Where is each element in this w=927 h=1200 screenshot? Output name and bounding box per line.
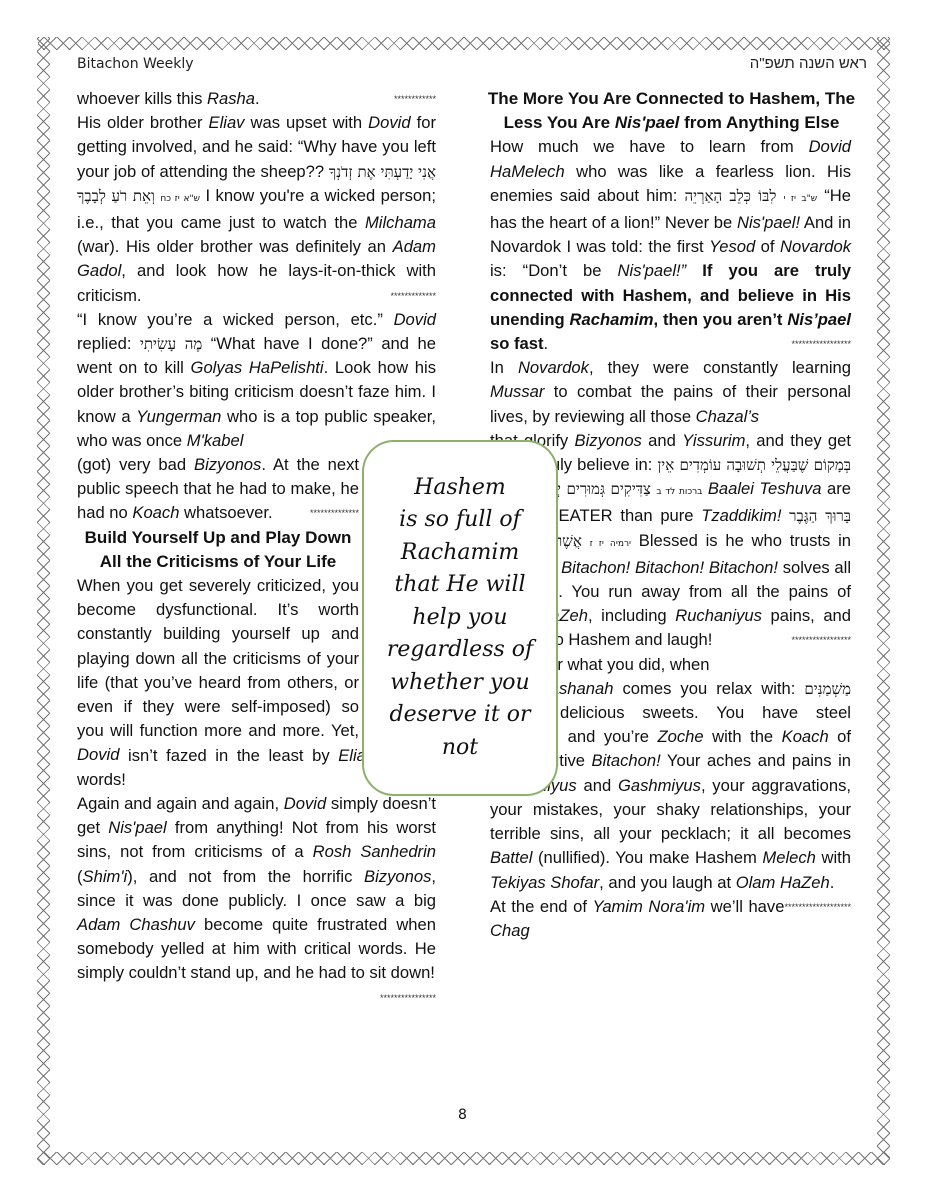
header-hebrew-date: ראש השנה תשפ"ה [750,55,867,72]
paragraph: (got) very bad Bizyonos. At the next pub… [77,453,359,526]
paragraph: When you get severely criticized, you be… [77,574,359,768]
separator-stars: ************* [390,284,436,308]
separator-stars: ***************** [791,332,851,356]
paragraph: In Novardok, they were constantly learni… [490,356,851,429]
hebrew-source: ברכות לד ב [656,487,702,497]
page-number: 8 [458,1107,467,1123]
hebrew-source: ש"א יז כח [160,194,200,204]
hebrew-source: ירמיה יז ז [590,539,631,549]
header-publication-title: Bitachon Weekly [77,56,194,72]
hebrew-source: ש"ב יז י [783,194,817,204]
separator-stars: **************** [380,986,436,1010]
hebrew-quote: לִבּוֹ כְּלֵב הָאַרְיֵה [685,187,777,205]
paragraph: Again and again and again, Dovid simply … [77,792,436,986]
separator-stars: ******************* [784,895,851,919]
section-heading: Build Yourself Up and Play Down All the … [77,526,359,574]
pull-quote-text: Hashem is so full of Rachamim that He wi… [377,472,543,765]
page-border-bottom [38,1152,890,1165]
page-border-right [877,37,890,1165]
hebrew-quote: מֶה עָשִׂיתִי [140,335,202,353]
section-heading: The More You Are Connected to Hashem, Th… [474,87,869,135]
paragraph: whoever kills this Rasha. ************ [77,87,436,111]
separator-stars: ************** [310,501,359,525]
pull-quote-box: Hashem is so full of Rachamim that He wi… [362,440,558,796]
separator-stars: ***************** [791,628,851,652]
paragraph: His older brother Eliav was upset with D… [77,111,436,308]
page-border-top [38,37,890,50]
page-border-left [37,37,50,1165]
paragraph: How much we have to learn from Dovid HaM… [490,135,851,356]
paragraph: “I know you’re a wicked person, etc.” Do… [77,308,436,453]
separator-stars: ************ [394,87,436,111]
